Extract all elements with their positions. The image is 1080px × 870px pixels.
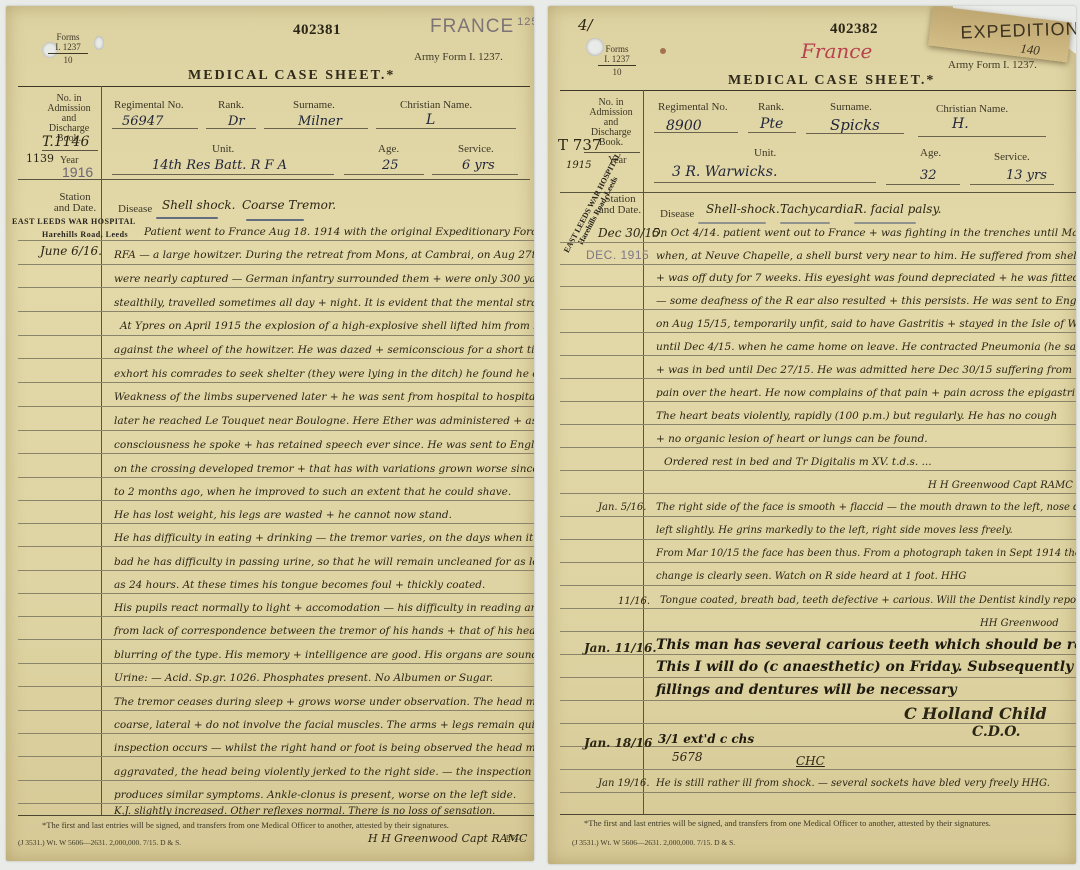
disease-value-2: Coarse Tremor.: [242, 198, 336, 212]
unit-label: Unit.: [212, 144, 234, 154]
rank-label: Rank.: [218, 100, 244, 110]
disease-underline: [246, 219, 304, 221]
signature: C Holland Child: [904, 704, 1047, 723]
entry-date: Jan. 11/16.: [584, 641, 657, 655]
field-rule: [264, 128, 368, 129]
rank-value: Pte: [760, 116, 783, 132]
disease-value-1: Shell-shock.: [706, 202, 780, 216]
entry-date: Jan. 18/16: [584, 736, 652, 750]
field-rule: [584, 152, 640, 153]
station-date-label: Station and Date.: [50, 192, 100, 214]
margin-divider: [101, 86, 102, 816]
field-rule: [918, 136, 1046, 137]
regimental-no-label: Regimental No.: [114, 100, 184, 110]
unit-value: 3 R. Warwicks.: [672, 164, 777, 180]
field-rule: [654, 132, 738, 133]
medical-case-sheet-402381: Forms I. 1237 10 402381 FRANCE125 Army F…: [6, 6, 534, 861]
header-rule: [560, 90, 1076, 91]
field-rule: [344, 174, 424, 175]
field-rule: [42, 150, 98, 151]
surname-label: Surname.: [293, 100, 335, 110]
signature: HH Greenwood: [980, 618, 1059, 629]
rank-label: Rank.: [758, 102, 784, 112]
entry-date: Jan. 5/16.: [598, 502, 646, 513]
disease-value-2: Tachycardia.: [780, 202, 858, 216]
serial-number: 402381: [293, 22, 341, 39]
regimental-no-value: 56947: [122, 114, 163, 129]
entry-date: 11/16.: [618, 596, 650, 607]
surname-value: Milner: [298, 114, 342, 129]
print-reference: (J 3531.) Wt. W 5606—2631. 2,000,000. 7/…: [572, 838, 735, 847]
field-rule: [654, 182, 876, 183]
medical-case-sheet-402382: EXPEDITION 140 Forms I. 1237 10 4/ 40238…: [548, 6, 1076, 864]
signature: CHC: [796, 754, 825, 768]
christian-name-value: H.: [952, 116, 969, 132]
disease-value-3: R. facial palsy.: [854, 202, 941, 216]
service-value: 6 yrs: [462, 158, 495, 173]
date-stamp: DEC. 1915: [586, 248, 649, 262]
field-rule: [206, 128, 256, 129]
print-reference: (J 3531.) Wt. W 5606—2631. 2,000,000. 7/…: [18, 838, 181, 847]
forms-label: Forms I. 1237 10: [44, 32, 92, 65]
christian-name-label: Christian Name.: [400, 100, 472, 110]
france-stamp: FRANCE125: [430, 16, 534, 38]
field-rule: [432, 174, 518, 175]
hospital-stamp-line1: EAST LEEDS WAR HOSPITAL: [12, 217, 136, 226]
disease-underline: [780, 222, 830, 224]
army-form-label: Army Form I. 1237.: [948, 59, 1037, 71]
year-value: 1915: [566, 160, 591, 171]
surname-label: Surname.: [830, 102, 872, 112]
sheet-title: MEDICAL CASE SHEET.*: [188, 68, 395, 84]
disease-underline: [156, 217, 218, 219]
field-rule: [970, 184, 1054, 185]
margin-divider: [643, 90, 644, 814]
age-label: Age.: [920, 148, 941, 158]
header-bottom-rule: [560, 192, 1076, 193]
age-label: Age.: [378, 144, 399, 154]
footnote: *The first and last entries will be sign…: [584, 818, 991, 828]
regimental-no-label: Regimental No.: [658, 102, 728, 112]
signature-title: C.D.O.: [972, 724, 1021, 740]
field-rule: [112, 174, 334, 175]
serial-number: 402382: [830, 21, 878, 38]
pto-label: P.T.O.: [506, 834, 523, 842]
unit-label: Unit.: [754, 148, 776, 158]
field-rule: [806, 133, 904, 134]
disease-underline: [854, 222, 916, 224]
signature: H H Greenwood Capt RAMC: [368, 832, 527, 845]
footnote: *The first and last entries will be sign…: [42, 820, 449, 830]
header-rule: [18, 86, 530, 87]
age-value: 25: [382, 158, 399, 173]
entry-date: Jan 19/16.: [598, 778, 650, 789]
army-form-label: Army Form I. 1237.: [414, 51, 503, 63]
sheet-title: MEDICAL CASE SHEET.*: [728, 73, 935, 89]
field-rule: [886, 184, 960, 185]
field-rule: [748, 132, 796, 133]
header-bottom-rule: [18, 179, 530, 180]
hospital-stamp-line2: Harehills Road, Leeds: [42, 230, 128, 239]
rank-value: Dr: [228, 114, 245, 129]
year-stamp: 1916: [62, 164, 93, 180]
france-red-annotation: France: [801, 39, 872, 63]
admission-number: T.1146: [42, 134, 89, 150]
field-rule: [112, 128, 198, 129]
signature: H H Greenwood Capt RAMC: [928, 480, 1073, 491]
field-rule: [376, 128, 516, 129]
christian-name-label: Christian Name.: [936, 104, 1008, 114]
age-value: 32: [920, 168, 937, 183]
disease-value-1: Shell shock.: [162, 198, 235, 212]
rust-spot: [660, 48, 666, 54]
disease-underline: [698, 222, 766, 224]
service-label: Service.: [994, 152, 1030, 162]
entry-date: June 6/16.: [40, 244, 102, 258]
surname-value: Spicks: [830, 116, 880, 134]
disease-label: Disease: [660, 208, 694, 220]
service-label: Service.: [458, 144, 494, 154]
service-value: 13 yrs: [1006, 168, 1047, 183]
unit-value: 14th Res Batt. R F A: [152, 158, 287, 173]
christian-name-value: L: [426, 112, 435, 128]
pencil-mark: 4/: [578, 16, 593, 34]
admission-number-2: 1139: [26, 152, 54, 165]
punch-hole: [94, 36, 104, 50]
forms-label: Forms I. 1237 10: [594, 44, 640, 77]
disease-label: Disease: [118, 203, 152, 215]
